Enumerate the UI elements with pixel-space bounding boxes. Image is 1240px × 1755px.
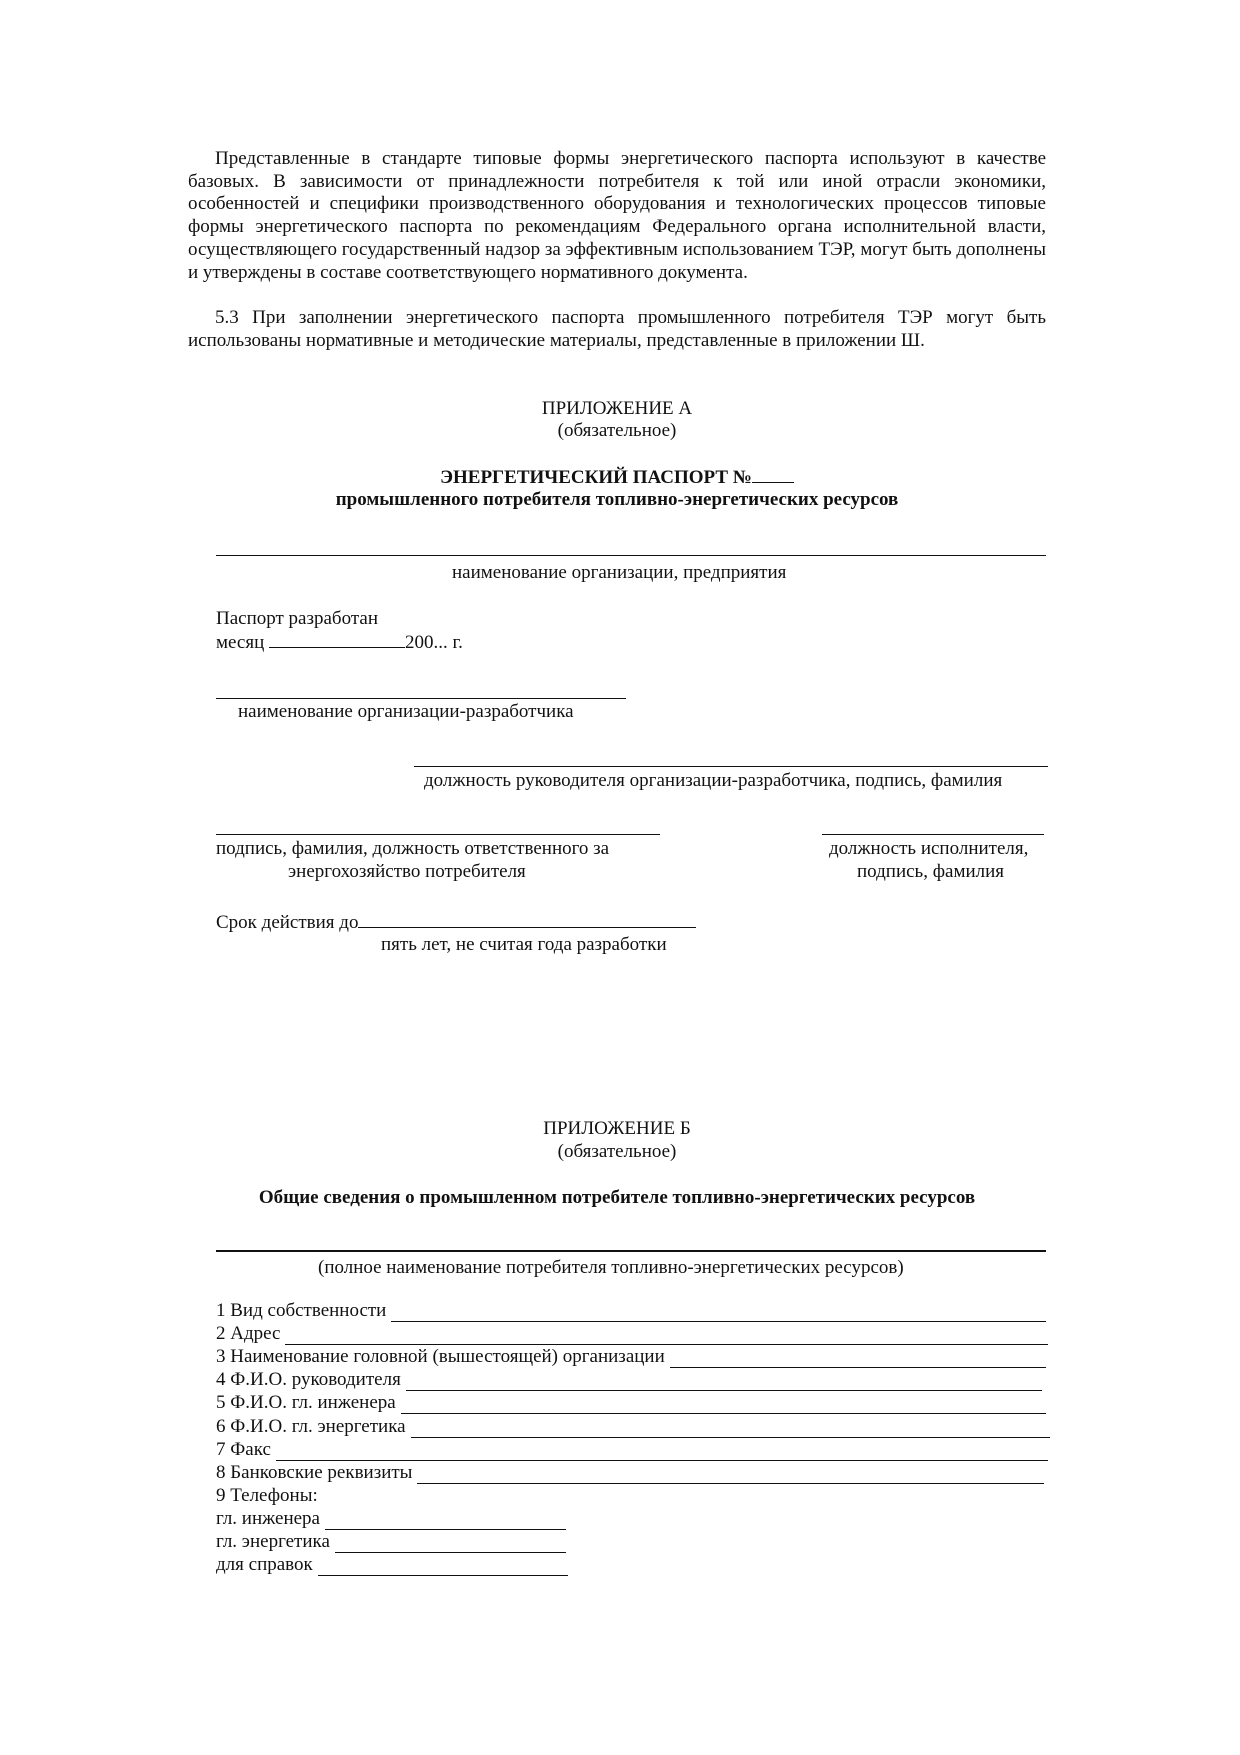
validity-blank[interactable] [358,911,696,928]
phone-blank[interactable] [318,1558,568,1576]
appendix-b-status: (обязательное) [188,1141,1046,1163]
developer-org-caption: наименование организации-разработчика [238,701,574,723]
developer-head-blank[interactable] [414,766,1048,767]
field-row: 8 Банковские реквизиты [216,1462,1044,1484]
field-label: 9 Телефоны: [216,1485,318,1507]
field-row: 5 Ф.И.О. гл. инженера [216,1392,1046,1414]
appendix-b-heading: ПРИЛОЖЕНИЕ Б [188,1118,1046,1140]
consumer-name-blank[interactable] [216,1250,1046,1252]
field-row: 4 Ф.И.О. руководителя [216,1369,1042,1391]
org-name-blank[interactable] [216,555,1046,556]
field-blank[interactable] [391,1304,1046,1322]
org-name-caption: наименование организации, предприятия [452,562,786,584]
field-row: 9 Телефоны: [216,1485,318,1507]
appendix-a-heading: ПРИЛОЖЕНИЕ А [188,398,1046,420]
passport-title: ЭНЕРГЕТИЧЕСКИЙ ПАСПОРТ № [188,466,1046,489]
developed-month-row: месяц 200... г. [216,631,463,654]
validity-row: Срок действия до [216,911,696,934]
field-label: 8 Банковские реквизиты [216,1462,412,1484]
passport-subtitle: промышленного потребителя топливно-энерг… [188,489,1046,511]
month-label: месяц [216,632,264,653]
developer-head-caption: должность руководителя организации-разра… [424,770,1002,792]
field-blank[interactable] [401,1396,1046,1414]
field-blank[interactable] [411,1420,1050,1438]
validity-caption: пять лет, не считая года разработки [381,934,667,956]
phone-blank[interactable] [325,1512,566,1530]
phone-row: гл. энергетика [216,1531,566,1553]
responsible-caption-line1: подпись, фамилия, должность ответственно… [216,838,609,860]
field-label: 4 Ф.И.О. руководителя [216,1369,401,1391]
field-label: 1 Вид собственности [216,1300,386,1322]
field-label: 3 Наименование головной (вышестоящей) ор… [216,1346,665,1368]
executor-caption-line2: подпись, фамилия [857,861,1004,883]
field-blank[interactable] [406,1373,1042,1391]
phone-row: гл. инженера [216,1508,566,1530]
month-blank[interactable] [269,631,405,648]
responsible-caption-line2: энергохозяйство потребителя [288,861,526,883]
developer-org-blank[interactable] [216,698,626,699]
executor-signature-blank[interactable] [822,834,1044,835]
field-row: 2 Адрес [216,1323,1048,1345]
field-row: 1 Вид собственности [216,1300,1046,1322]
phone-row: для справок [216,1554,568,1576]
field-blank[interactable] [670,1350,1046,1368]
phone-blank[interactable] [335,1535,566,1553]
field-label: 6 Ф.И.О. гл. энергетика [216,1416,406,1438]
appendix-a-status: (обязательное) [188,420,1046,442]
field-blank[interactable] [285,1327,1048,1345]
validity-label: Срок действия до [216,912,358,933]
field-label: 2 Адрес [216,1323,280,1345]
field-blank[interactable] [417,1466,1044,1484]
passport-number-blank[interactable] [752,466,794,483]
passport-title-text: ЭНЕРГЕТИЧЕСКИЙ ПАСПОРТ № [440,467,752,488]
executor-caption-line1: должность исполнителя, [829,838,1028,860]
responsible-signature-blank[interactable] [216,834,660,835]
phone-label: гл. энергетика [216,1531,330,1553]
intro-paragraph-1: Представленные в стандарте типовые формы… [188,148,1046,284]
intro-paragraph-2: 5.3 При заполнении энергетического паспо… [188,307,1046,352]
developed-label: Паспорт разработан [216,608,378,630]
field-row: 3 Наименование головной (вышестоящей) ор… [216,1346,1046,1368]
phone-label: гл. инженера [216,1508,320,1530]
field-label: 5 Ф.И.О. гл. инженера [216,1392,396,1414]
consumer-name-caption: (полное наименование потребителя топливн… [318,1257,904,1279]
phone-label: для справок [216,1554,313,1576]
field-blank[interactable] [276,1443,1048,1461]
appendix-b-title: Общие сведения о промышленном потребител… [188,1187,1046,1209]
field-label: 7 Факс [216,1439,271,1461]
field-row: 7 Факс [216,1439,1048,1461]
field-row: 6 Ф.И.О. гл. энергетика [216,1416,1050,1438]
year-suffix: 200... г. [405,632,463,653]
